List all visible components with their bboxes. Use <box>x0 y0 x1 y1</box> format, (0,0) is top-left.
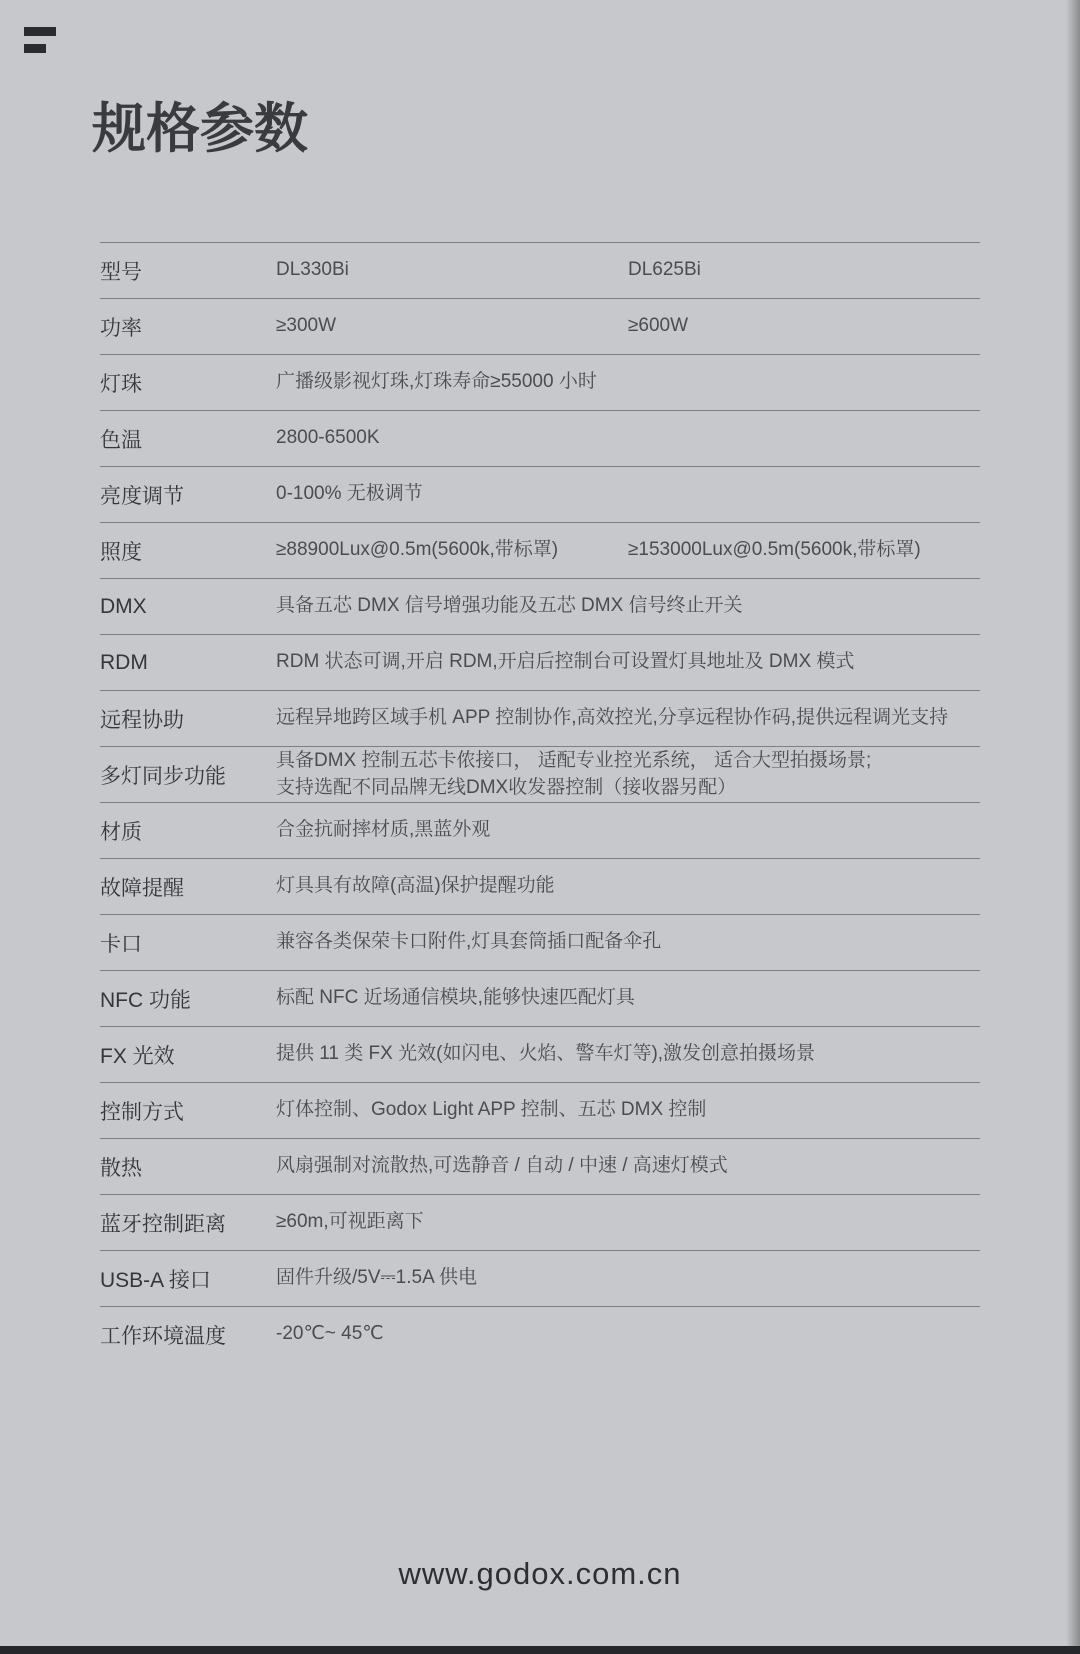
table-row: RDMRDM 状态可调,开启 RDM,开启后控制台可设置灯具地址及 DMX 模式 <box>100 635 980 691</box>
spec-label: 远程协助 <box>100 704 276 734</box>
spec-label: 材质 <box>100 816 276 846</box>
table-row: USB-A 接口固件升级/5V⎓1.5A 供电 <box>100 1251 980 1307</box>
table-row: FX 光效提供 11 类 FX 光效(如闪电、火焰、警车灯等),激发创意拍摄场景 <box>100 1027 980 1083</box>
table-row: 蓝牙控制距离≥60m,可视距离下 <box>100 1195 980 1251</box>
spec-value: DL625Bi <box>628 257 980 284</box>
spec-label: 故障提醒 <box>100 872 276 902</box>
spec-value: 灯体控制、Godox Light APP 控制、五芯 DMX 控制 <box>276 1097 980 1124</box>
spec-value: 风扇强制对流散热,可选静音 / 自动 / 中速 / 高速灯模式 <box>276 1153 980 1180</box>
spec-label: 卡口 <box>100 928 276 958</box>
table-row: 型号DL330BiDL625Bi <box>100 243 980 299</box>
spec-label: 灯珠 <box>100 368 276 398</box>
table-row: 灯珠广播级影视灯珠,灯珠寿命≥55000 小时 <box>100 355 980 411</box>
spec-label: 功率 <box>100 312 276 342</box>
spec-label: 亮度调节 <box>100 480 276 510</box>
spec-value: RDM 状态可调,开启 RDM,开启后控制台可设置灯具地址及 DMX 模式 <box>276 649 980 676</box>
table-row: 照度≥88900Lux@0.5m(5600k,带标罩)≥153000Lux@0.… <box>100 523 980 579</box>
page-title: 规格参数 <box>92 86 308 163</box>
table-row: 远程协助远程异地跨区域手机 APP 控制协作,高效控光,分享远程协作码,提供远程… <box>100 691 980 747</box>
spec-value: 远程异地跨区域手机 APP 控制协作,高效控光,分享远程协作码,提供远程调光支持 <box>276 705 980 732</box>
spec-value: 兼容各类保荣卡口附件,灯具套筒插口配备伞孔 <box>276 929 980 956</box>
table-row: 卡口兼容各类保荣卡口附件,灯具套筒插口配备伞孔 <box>100 915 980 971</box>
spec-value: -20℃~ 45℃ <box>276 1321 980 1348</box>
spec-value: DL330Bi <box>276 257 628 284</box>
spec-page: 规格参数 型号DL330BiDL625Bi功率≥300W≥600W灯珠广播级影视… <box>0 0 1080 1654</box>
corner-mark-2 <box>24 44 46 53</box>
bottom-edge-bar <box>0 1646 1080 1654</box>
spec-value: 提供 11 类 FX 光效(如闪电、火焰、警车灯等),激发创意拍摄场景 <box>276 1041 980 1068</box>
corner-mark-1 <box>24 27 56 36</box>
spec-label: USB-A 接口 <box>100 1264 276 1294</box>
spec-value: 2800-6500K <box>276 425 980 452</box>
spec-label: RDM <box>100 651 276 675</box>
table-row: 故障提醒灯具具有故障(高温)保护提醒功能 <box>100 859 980 915</box>
spec-value: 具备五芯 DMX 信号增强功能及五芯 DMX 信号终止开关 <box>276 593 980 620</box>
spec-label: 型号 <box>100 256 276 286</box>
table-row: 材质合金抗耐摔材质,黑蓝外观 <box>100 803 980 859</box>
table-row: NFC 功能标配 NFC 近场通信模块,能够快速匹配灯具 <box>100 971 980 1027</box>
table-row: 控制方式灯体控制、Godox Light APP 控制、五芯 DMX 控制 <box>100 1083 980 1139</box>
spec-value: 具备DMX 控制五芯卡侬接口， 适配专业控光系统， 适合大型拍摄场景; 支持选配… <box>276 748 980 801</box>
table-row: 工作环境温度-20℃~ 45℃ <box>100 1307 980 1362</box>
spec-value: 灯具具有故障(高温)保护提醒功能 <box>276 873 980 900</box>
spec-table: 型号DL330BiDL625Bi功率≥300W≥600W灯珠广播级影视灯珠,灯珠… <box>100 242 980 1362</box>
spec-value: ≥300W <box>276 313 628 340</box>
spec-label: 照度 <box>100 536 276 566</box>
spec-value: ≥88900Lux@0.5m(5600k,带标罩) <box>276 537 628 564</box>
spec-value: 固件升级/5V⎓1.5A 供电 <box>276 1265 980 1292</box>
right-edge-shadow <box>1066 0 1080 1654</box>
footer: www.godox.com.cn <box>0 1556 1080 1592</box>
spec-value: 标配 NFC 近场通信模块,能够快速匹配灯具 <box>276 985 980 1012</box>
spec-value: ≥600W <box>628 313 980 340</box>
footer-url: www.godox.com.cn <box>398 1556 681 1591</box>
table-row: 色温2800-6500K <box>100 411 980 467</box>
table-row: 亮度调节0-100% 无极调节 <box>100 467 980 523</box>
spec-label: 控制方式 <box>100 1096 276 1126</box>
table-row: 散热风扇强制对流散热,可选静音 / 自动 / 中速 / 高速灯模式 <box>100 1139 980 1195</box>
spec-value: ≥60m,可视距离下 <box>276 1209 980 1236</box>
spec-label: 多灯同步功能 <box>100 760 276 790</box>
spec-label: 色温 <box>100 424 276 454</box>
spec-label: 工作环境温度 <box>100 1320 276 1350</box>
spec-value: 合金抗耐摔材质,黑蓝外观 <box>276 817 980 844</box>
table-row: DMX具备五芯 DMX 信号增强功能及五芯 DMX 信号终止开关 <box>100 579 980 635</box>
spec-value: 0-100% 无极调节 <box>276 481 980 508</box>
spec-label: FX 光效 <box>100 1040 276 1070</box>
spec-label: 蓝牙控制距离 <box>100 1208 276 1238</box>
spec-label: 散热 <box>100 1152 276 1182</box>
table-row: 功率≥300W≥600W <box>100 299 980 355</box>
table-row: 多灯同步功能具备DMX 控制五芯卡侬接口， 适配专业控光系统， 适合大型拍摄场景… <box>100 747 980 803</box>
spec-value: ≥153000Lux@0.5m(5600k,带标罩) <box>628 537 980 564</box>
spec-value: 广播级影视灯珠,灯珠寿命≥55000 小时 <box>276 369 980 396</box>
spec-label: DMX <box>100 595 276 619</box>
spec-label: NFC 功能 <box>100 984 276 1014</box>
